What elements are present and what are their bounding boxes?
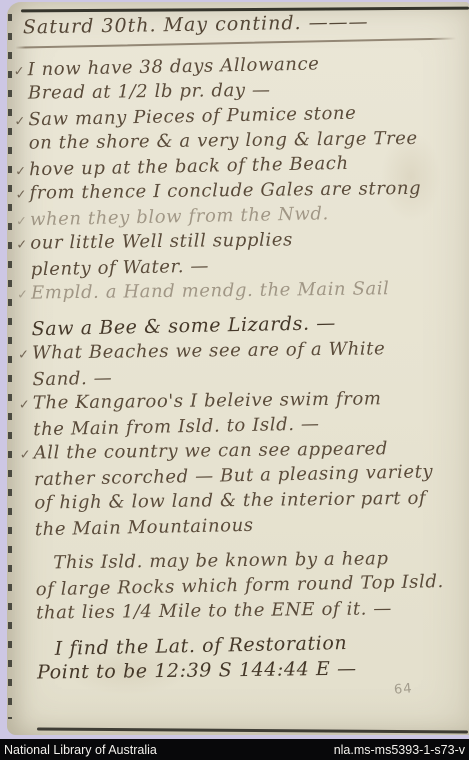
heading-underline — [15, 37, 456, 48]
tick-mark-icon: ✓ — [19, 443, 31, 468]
manuscript-line-text: What Beaches we see are of a White — [32, 338, 385, 363]
manuscript-lines: ✓I now have 38 days AllowanceBread at 1/… — [15, 50, 469, 687]
manuscript-line-text: hove up at the back of the Beach — [29, 153, 349, 180]
scanned-manuscript-page: Saturd 30th. May contind. ——— ✓I now hav… — [0, 0, 469, 760]
manuscript-line-text: the Main from Isld. to Isld. — — [33, 413, 320, 440]
manuscript-line-text: plenty of Water. — — [31, 256, 210, 281]
manuscript-paper: Saturd 30th. May contind. ——— ✓I now hav… — [7, 2, 469, 735]
tick-mark-icon: ✓ — [19, 393, 31, 418]
manuscript-line-text: Saw many Pieces of Pumice stone — [28, 103, 356, 131]
manuscript-line-text: All the country we can see appeared — [33, 438, 388, 463]
manuscript-line-text: that lies 1/4 Mile to the ENE of it. — — [36, 598, 392, 623]
pencil-page-number: 64 — [394, 681, 414, 698]
binding-stitch-marks — [8, 14, 12, 719]
manuscript-line-text: The Kangaroo's I beleive swim from — [33, 388, 382, 413]
manuscript-line-text: I now have 38 days Allowance — [27, 53, 319, 80]
manuscript-line-text: Saw a Bee & some Lizards. — — [31, 312, 336, 340]
manuscript-line-text: Bread at 1/2 lb pr. day — — [28, 80, 271, 104]
tick-mark-icon: ✓ — [17, 283, 29, 308]
manuscript-line-text: Point to be 12:39 S 144:44 E — — [37, 658, 357, 684]
manuscript-line-text: when they blow from the Nwd. — [30, 203, 329, 230]
manuscript-line-text: our little Well still supplies — [30, 229, 293, 253]
manuscript-line-text: Sand. — — [32, 368, 112, 391]
manuscript-line-text: I find the Lat. of Restoration — [54, 632, 347, 660]
library-name-label: National Library of Australia — [4, 743, 157, 757]
manuscript-line: ✓Empld. a Hand mendg. the Main Sail — [19, 275, 464, 305]
tick-mark-icon: ✓ — [16, 233, 28, 258]
page-bottom-edge — [37, 727, 468, 733]
manuscript-line-text: This Isld. may be known by a heap — [53, 548, 388, 573]
manuscript-line-text: the Main Mountainous — [35, 515, 254, 540]
entry-date-heading: Saturd 30th. May contind. ——— — [15, 10, 460, 39]
caption-bar: National Library of Australia nla.ms-ms5… — [0, 739, 469, 760]
handwritten-content: Saturd 30th. May contind. ——— ✓I now hav… — [15, 10, 469, 687]
tick-mark-icon: ✓ — [18, 343, 30, 368]
catalogue-id-label: nla.ms-ms5393-1-s73-v — [334, 743, 465, 757]
manuscript-line: that lies 1/4 Mile to the ENE of it. — — [24, 595, 469, 625]
tick-mark-icon: ✓ — [15, 183, 27, 208]
manuscript-line-text: Empld. a Hand mendg. the Main Sail — [31, 278, 390, 303]
